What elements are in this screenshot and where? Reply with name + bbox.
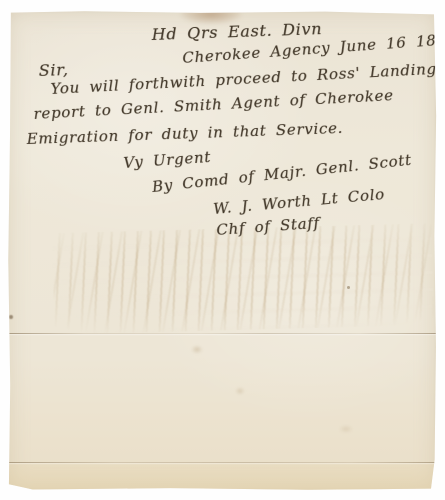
bleed-through-writing xyxy=(52,223,435,335)
paper-bottom-fold-panel xyxy=(7,463,437,491)
fold-crease-lower xyxy=(7,462,437,463)
foxing-spot xyxy=(191,345,203,354)
foxing-speck xyxy=(9,315,13,319)
signature-line: W. J. Worth Lt Colo xyxy=(212,185,385,218)
closing-annotation: Vy Urgent xyxy=(123,148,212,172)
salutation: Sir, xyxy=(38,60,69,80)
letter-paper: Hd Qrs East. Divn Cherokee Agency June 1… xyxy=(7,10,437,491)
fold-crease-upper xyxy=(7,333,437,334)
body-line-3: Emigration for duty in that Service. xyxy=(26,119,343,148)
photograph-of-letter: Hd Qrs East. Divn Cherokee Agency June 1… xyxy=(0,0,445,500)
foxing-spot xyxy=(339,425,353,433)
foxing-spot xyxy=(235,387,245,395)
